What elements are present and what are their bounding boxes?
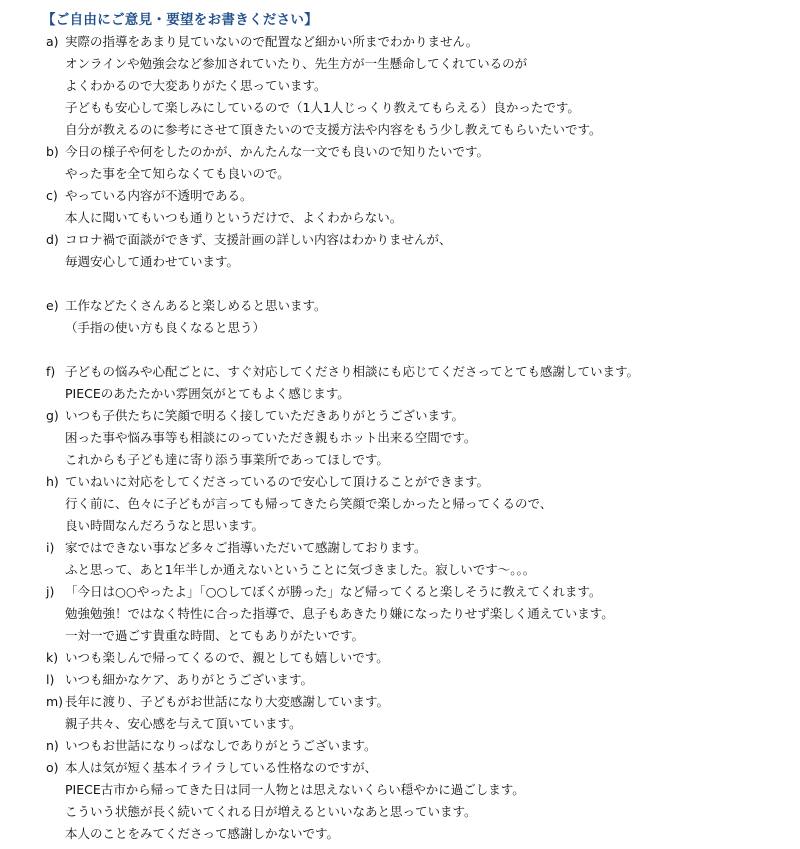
feedback-line: 親子共々、安心感を与えて頂いています。 <box>46 713 800 735</box>
feedback-text: 一対一で過ごす貴重な時間、とてもありがたいです。 <box>65 625 364 647</box>
feedback-item: c)やっている内容が不透明である。本人に聞いてもいつも通りというだけで、よくわか… <box>46 185 800 229</box>
feedback-item: m)長年に渡り、子どもがお世話になり大変感謝しています。親子共々、安心感を与えて… <box>46 691 800 735</box>
feedback-text: コロナ禍で面談ができず、支援計画の詳しい内容はわかりませんが、 <box>65 229 452 251</box>
feedback-text: 「今日は○○やったよ」「○○してぼくが勝った」など帰ってくると楽しそうに教えてく… <box>65 581 601 603</box>
feedback-document: 【ご自由にご意見・要望をお書きください】 a)実際の指導をあまり見ていないので配… <box>0 0 800 845</box>
item-label <box>46 449 65 471</box>
feedback-line: 本人に聞いてもいつも通りというだけで、よくわからない。 <box>46 207 800 229</box>
feedback-line: a)実際の指導をあまり見ていないので配置など細かい所までわかりません。 <box>46 31 800 53</box>
feedback-text: いつも細かなケア、ありがとうございます。 <box>65 669 313 691</box>
feedback-line: PIECEのあたたかい雰囲気がとてもよく感じます。 <box>46 383 800 405</box>
feedback-text: いつも楽しんで帰ってくるので、親としても嬉しいです。 <box>65 647 389 669</box>
item-label <box>46 97 65 119</box>
item-label: f) <box>46 361 65 383</box>
feedback-line: c)やっている内容が不透明である。 <box>46 185 800 207</box>
feedback-item: j)「今日は○○やったよ」「○○してぼくが勝った」など帰ってくると楽しそうに教え… <box>46 581 800 647</box>
feedback-item: l)いつも細かなケア、ありがとうございます。 <box>46 669 800 691</box>
feedback-line: i)家ではできない事など多々ご指導いただいて感謝しております。 <box>46 537 800 559</box>
item-label: c) <box>46 185 65 207</box>
item-label <box>46 75 65 97</box>
item-label: g) <box>46 405 65 427</box>
item-label <box>46 559 65 581</box>
feedback-text: PIECEのあたたかい雰囲気がとてもよく感じます。 <box>65 383 350 405</box>
feedback-line: 毎週安心して通わせています。 <box>46 251 800 273</box>
feedback-text: 工作などたくさんあると楽しめると思います。 <box>65 295 327 317</box>
feedback-text: 毎週安心して通わせています。 <box>65 251 239 273</box>
item-label: k) <box>46 647 65 669</box>
item-label <box>46 603 65 625</box>
section-title: 【ご自由にご意見・要望をお書きください】 <box>42 9 800 31</box>
feedback-line: 行く前に、色々に子どもが言っても帰ってきたら笑顔で楽しかったと帰ってくるので、 <box>46 493 800 515</box>
feedback-line: o)本人は気が短く基本イライラしている性格なのですが、 <box>46 757 800 779</box>
feedback-text: いつもお世話になりっぱなしでありがとうございます。 <box>65 735 377 757</box>
feedback-line: j)「今日は○○やったよ」「○○してぼくが勝った」など帰ってくると楽しそうに教え… <box>46 581 800 603</box>
feedback-line: （手指の使い方も良くなると思う） <box>46 317 800 339</box>
feedback-line: 自分が教えるのに参考にさせて頂きたいので支援方法や内容をもう少し教えてもらいたい… <box>46 119 800 141</box>
feedback-item: i)家ではできない事など多々ご指導いただいて感謝しております。ふと思って、あと1… <box>46 537 800 581</box>
feedback-text: ていねいに対応をしてくださっているので安心して頂けることができます。 <box>65 471 489 493</box>
feedback-line: オンラインや勉強会など参加されていたり、先生方が一生懸命してくれているのが <box>46 53 800 75</box>
feedback-line: b)今日の様子や何をしたのかが、かんたんな一文でも良いので知りたいです。 <box>46 141 800 163</box>
feedback-line: やった事を全て知らなくても良いので。 <box>46 163 800 185</box>
item-label <box>46 823 65 845</box>
feedback-text: いつも子供たちに笑顔で明るく接していただきありがとうございます。 <box>65 405 464 427</box>
item-label <box>46 207 65 229</box>
feedback-line: これからも子ども達に寄り添う事業所であってほしです。 <box>46 449 800 471</box>
feedback-item: k)いつも楽しんで帰ってくるので、親としても嬉しいです。 <box>46 647 800 669</box>
item-label <box>46 251 65 273</box>
item-label: a) <box>46 31 65 53</box>
feedback-list: a)実際の指導をあまり見ていないので配置など細かい所までわかりません。オンライン… <box>46 31 800 845</box>
feedback-text: 自分が教えるのに参考にさせて頂きたいので支援方法や内容をもう少し教えてもらいたい… <box>65 119 602 141</box>
feedback-line: こういう状態が長く続いてくれる日が増えるといいなあと思っています。 <box>46 801 800 823</box>
feedback-line: 困った事や悩み事等も相談にのっていただき親もホット出来る空間です。 <box>46 427 800 449</box>
item-label <box>46 383 65 405</box>
feedback-line: PIECE古市から帰ってきた日は同一人物とは思えないくらい穏やかに過ごします。 <box>46 779 800 801</box>
feedback-text: PIECE古市から帰ってきた日は同一人物とは思えないくらい穏やかに過ごします。 <box>65 779 525 801</box>
item-label: i) <box>46 537 65 559</box>
feedback-line: k)いつも楽しんで帰ってくるので、親としても嬉しいです。 <box>46 647 800 669</box>
item-label: j) <box>46 581 65 603</box>
feedback-line: ふと思って、あと1年半しか通えないということに気づきました。寂しいです～。。。 <box>46 559 800 581</box>
feedback-text: 子どもの悩みや心配ごとに、すぐ対応してくださり相談にも応じてくださってとても感謝… <box>65 361 639 383</box>
feedback-line: 勉強勉強！ではなく特性に合った指導で、息子もあきたり嫌になったりせず楽しく通えて… <box>46 603 800 625</box>
feedback-text: 今日の様子や何をしたのかが、かんたんな一文でも良いので知りたいです。 <box>65 141 489 163</box>
feedback-text: 本人は気が短く基本イライラしている性格なのですが、 <box>65 757 377 779</box>
feedback-text: 本人のことをみてくださって感謝しかないです。 <box>65 823 339 845</box>
feedback-line: 本人のことをみてくださって感謝しかないです。 <box>46 823 800 845</box>
item-label: b) <box>46 141 65 163</box>
feedback-line: h)ていねいに対応をしてくださっているので安心して頂けることができます。 <box>46 471 800 493</box>
feedback-line: g)いつも子供たちに笑顔で明るく接していただきありがとうございます。 <box>46 405 800 427</box>
feedback-item: g)いつも子供たちに笑顔で明るく接していただきありがとうございます。困った事や悩… <box>46 405 800 471</box>
feedback-text: やった事を全て知らなくても良いので。 <box>65 163 290 185</box>
item-label: n) <box>46 735 65 757</box>
item-label: h) <box>46 471 65 493</box>
feedback-item: n)いつもお世話になりっぱなしでありがとうございます。 <box>46 735 800 757</box>
feedback-item: h)ていねいに対応をしてくださっているので安心して頂けることができます。行く前に… <box>46 471 800 537</box>
feedback-item: e)工作などたくさんあると楽しめると思います。（手指の使い方も良くなると思う） <box>46 295 800 361</box>
feedback-line: m)長年に渡り、子どもがお世話になり大変感謝しています。 <box>46 691 800 713</box>
feedback-item: f)子どもの悩みや心配ごとに、すぐ対応してくださり相談にも応じてくださってとても… <box>46 361 800 405</box>
feedback-text: よくわかるので大変ありがたく思っています。 <box>65 75 327 97</box>
feedback-line: 良い時間なんだろうなと思います。 <box>46 515 800 537</box>
feedback-text: オンラインや勉強会など参加されていたり、先生方が一生懸命してくれているのが <box>65 53 527 75</box>
feedback-line: よくわかるので大変ありがたく思っています。 <box>46 75 800 97</box>
feedback-item: a)実際の指導をあまり見ていないので配置など細かい所までわかりません。オンライン… <box>46 31 800 141</box>
feedback-item: o)本人は気が短く基本イライラしている性格なのですが、PIECE古市から帰ってき… <box>46 757 800 845</box>
item-label <box>46 427 65 449</box>
item-label <box>46 493 65 515</box>
feedback-text: ふと思って、あと1年半しか通えないということに気づきました。寂しいです～。。。 <box>65 559 535 581</box>
feedback-text: 困った事や悩み事等も相談にのっていただき親もホット出来る空間です。 <box>65 427 476 449</box>
spacer <box>46 339 800 361</box>
feedback-item: d)コロナ禍で面談ができず、支援計画の詳しい内容はわかりませんが、毎週安心して通… <box>46 229 800 295</box>
item-label <box>46 515 65 537</box>
item-label: d) <box>46 229 65 251</box>
item-label <box>46 779 65 801</box>
feedback-item: b)今日の様子や何をしたのかが、かんたんな一文でも良いので知りたいです。やった事… <box>46 141 800 185</box>
feedback-text: やっている内容が不透明である。 <box>65 185 253 207</box>
feedback-line: e)工作などたくさんあると楽しめると思います。 <box>46 295 800 317</box>
item-label <box>46 53 65 75</box>
feedback-text: 本人に聞いてもいつも通りというだけで、よくわからない。 <box>65 207 402 229</box>
item-label: o) <box>46 757 65 779</box>
item-label <box>46 119 65 141</box>
feedback-text: 家ではできない事など多々ご指導いただいて感謝しております。 <box>65 537 427 559</box>
item-label <box>46 317 65 339</box>
item-label: l) <box>46 669 65 691</box>
feedback-line: f)子どもの悩みや心配ごとに、すぐ対応してくださり相談にも応じてくださってとても… <box>46 361 800 383</box>
feedback-text: 親子共々、安心感を与えて頂いています。 <box>65 713 302 735</box>
item-label: m) <box>46 691 65 713</box>
feedback-text: 行く前に、色々に子どもが言っても帰ってきたら笑顔で楽しかったと帰ってくるので、 <box>65 493 552 515</box>
feedback-line: 子どもも安心して楽しみにしているので（1人1人じっくり教えてもらえる）良かったで… <box>46 97 800 119</box>
item-label <box>46 713 65 735</box>
feedback-text: 長年に渡り、子どもがお世話になり大変感謝しています。 <box>65 691 389 713</box>
feedback-text: これからも子ども達に寄り添う事業所であってほしです。 <box>65 449 389 471</box>
feedback-text: こういう状態が長く続いてくれる日が増えるといいなあと思っています。 <box>65 801 477 823</box>
item-label <box>46 163 65 185</box>
feedback-line: d)コロナ禍で面談ができず、支援計画の詳しい内容はわかりませんが、 <box>46 229 800 251</box>
spacer <box>46 273 800 295</box>
feedback-text: 実際の指導をあまり見ていないので配置など細かい所までわかりません。 <box>65 31 478 53</box>
feedback-text: 勉強勉強！ではなく特性に合った指導で、息子もあきたり嫌になったりせず楽しく通えて… <box>65 603 614 625</box>
item-label: e) <box>46 295 65 317</box>
feedback-text: （手指の使い方も良くなると思う） <box>65 317 265 339</box>
item-label <box>46 625 65 647</box>
feedback-line: 一対一で過ごす貴重な時間、とてもありがたいです。 <box>46 625 800 647</box>
feedback-line: n)いつもお世話になりっぱなしでありがとうございます。 <box>46 735 800 757</box>
feedback-text: 子どもも安心して楽しみにしているので（1人1人じっくり教えてもらえる）良かったで… <box>65 97 580 119</box>
feedback-line: l)いつも細かなケア、ありがとうございます。 <box>46 669 800 691</box>
item-label <box>46 801 65 823</box>
feedback-text: 良い時間なんだろうなと思います。 <box>65 515 264 537</box>
